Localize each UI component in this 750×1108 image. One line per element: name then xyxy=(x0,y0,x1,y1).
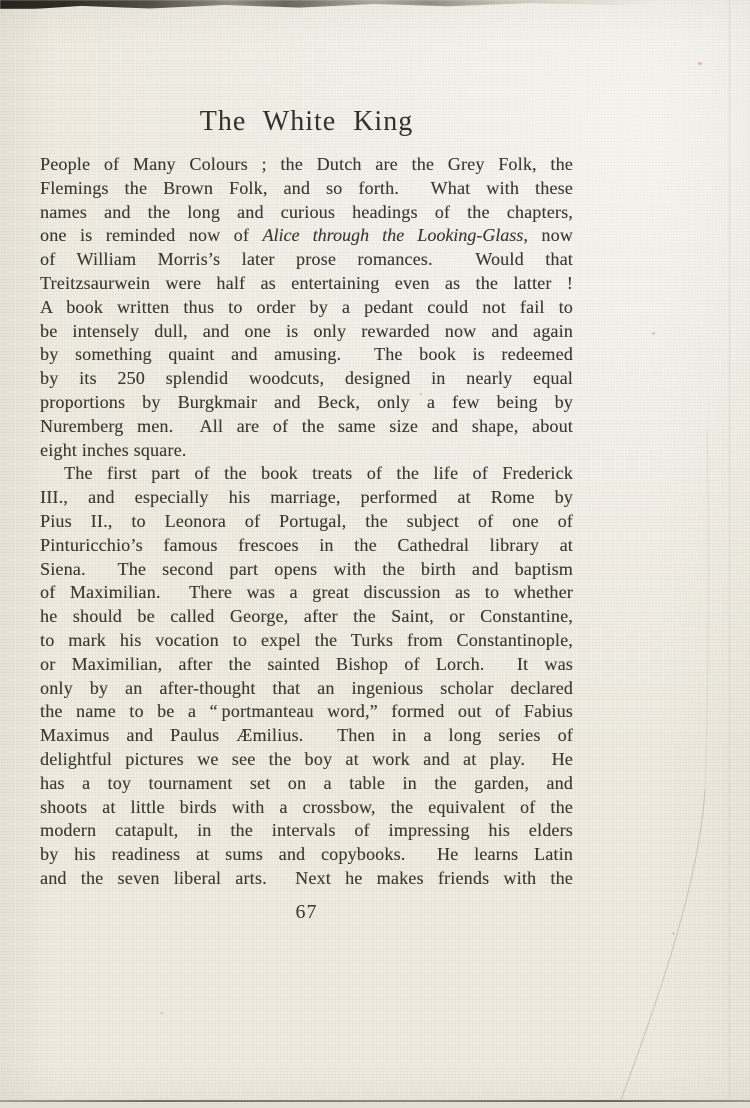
text-line: only by an after-thought that an ingenio… xyxy=(40,677,573,701)
text-line: has a toy tournament set on a table in t… xyxy=(40,772,573,796)
text-line: and the seven liberal arts. Next he make… xyxy=(40,867,573,891)
text-line: Maximus and Paulus Æmilius. Then in a lo… xyxy=(40,724,573,748)
paper-speck xyxy=(420,393,422,395)
text-line: Treitzsaurwein were half as entertaining… xyxy=(40,272,573,296)
paper-speck xyxy=(698,62,702,65)
text-line: of Maximilian. There was a great discuss… xyxy=(40,581,573,605)
scanned-book-page: The White King People of Many Colours ; … xyxy=(0,0,750,1108)
paper-speck xyxy=(652,332,655,335)
underlying-page-strip xyxy=(0,1102,750,1108)
text-line: modern catapult, in the intervals of imp… xyxy=(40,819,573,843)
text-line: be intensely dull, and one is only rewar… xyxy=(40,320,573,344)
text-line: III., and especially his marriage, perfo… xyxy=(40,486,573,510)
text-line: by his readiness at sums and copybooks. … xyxy=(40,843,573,867)
page-title: The White King xyxy=(40,105,573,139)
paper-speck xyxy=(672,932,675,935)
paragraph: The first part of the book treats of the… xyxy=(40,462,573,890)
text-line: proportions by Burgkmair and Beck, only … xyxy=(40,391,573,415)
text-line: by something quaint and amusing. The boo… xyxy=(40,343,573,367)
text-line: eight inches square. xyxy=(40,439,573,463)
text-line: Flemings the Brown Folk, and so forth. W… xyxy=(40,177,573,201)
italic-book-title: Alice through the Looking-Glass xyxy=(262,225,523,245)
text-block: People of Many Colours ; the Dutch are t… xyxy=(40,153,573,891)
text-line: he should be called George, after the Sa… xyxy=(40,605,573,629)
text-line: one is reminded now of Alice through the… xyxy=(40,224,573,248)
text-line: The first part of the book treats of the… xyxy=(40,462,573,486)
text-line: Pinturicchio’s famous frescoes in the Ca… xyxy=(40,534,573,558)
paragraph: People of Many Colours ; the Dutch are t… xyxy=(40,153,573,462)
paper-speck xyxy=(160,1012,163,1014)
text-line: to mark his vocation to expel the Turks … xyxy=(40,629,573,653)
text-line: shoots at little birds with a crossbow, … xyxy=(40,796,573,820)
text-line: People of Many Colours ; the Dutch are t… xyxy=(40,153,573,177)
page-right-edge xyxy=(729,0,730,1108)
text-line: A book written thus to order by a pedant… xyxy=(40,296,573,320)
text-line: of William Morris’s later prose romances… xyxy=(40,248,573,272)
text-line: Siena. The second part opens with the bi… xyxy=(40,558,573,582)
text-line: Nuremberg men. All are of the same size … xyxy=(40,415,573,439)
text-line: by its 250 splendid woodcuts, designed i… xyxy=(40,367,573,391)
text-line: or Maximilian, after the sainted Bishop … xyxy=(40,653,573,677)
text-line: names and the long and curious headings … xyxy=(40,201,573,225)
text-line: Pius II., to Leonora of Portugal, the su… xyxy=(40,510,573,534)
text-line: the name to be a “ portmanteau word,” fo… xyxy=(40,700,573,724)
scan-top-edge-shadow xyxy=(0,0,680,9)
page-number: 67 xyxy=(40,901,573,924)
text-line: delightful pictures we see the boy at wo… xyxy=(40,748,573,772)
paper-speck xyxy=(540,688,543,690)
